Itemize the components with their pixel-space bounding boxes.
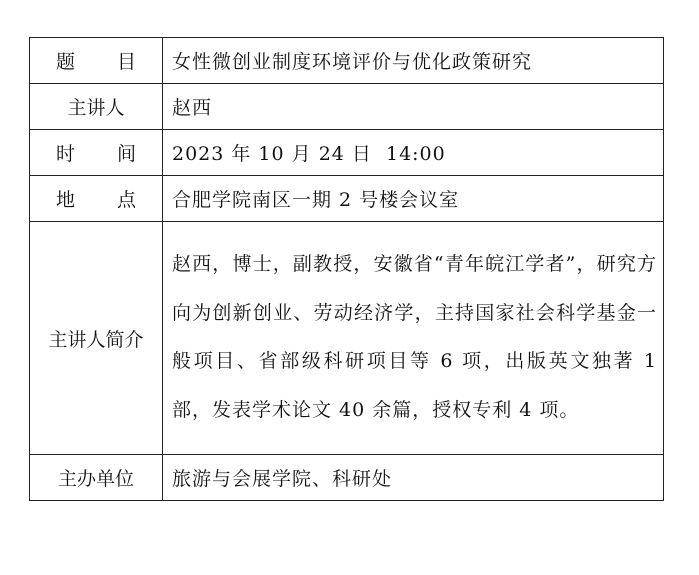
value-speaker: 赵西 <box>163 84 664 130</box>
table-row-speaker: 主讲人 赵西 <box>30 84 664 130</box>
label-location: 地 点 <box>30 176 163 222</box>
value-location: 合肥学院南区一期 2 号楼会议室 <box>163 176 664 222</box>
value-organizer: 旅游与会展学院、科研处 <box>163 455 664 501</box>
table-row-organizer: 主办单位 旅游与会展学院、科研处 <box>30 455 664 501</box>
table-row-speaker-bio: 主讲人简介 赵西，博士，副教授，安徽省“青年皖江学者”，研究方向为创新创业、劳动… <box>30 222 664 455</box>
value-time: 2023 年 10 月 24 日 14:00 <box>163 130 664 176</box>
label-speaker: 主讲人 <box>30 84 163 130</box>
table-row-topic: 题 目 女性微创业制度环境评价与优化政策研究 <box>30 38 664 84</box>
label-organizer: 主办单位 <box>30 455 163 501</box>
label-topic: 题 目 <box>30 38 163 84</box>
table-row-time: 时 间 2023 年 10 月 24 日 14:00 <box>30 130 664 176</box>
value-topic: 女性微创业制度环境评价与优化政策研究 <box>163 38 664 84</box>
label-speaker-bio: 主讲人简介 <box>30 222 163 455</box>
label-time: 时 间 <box>30 130 163 176</box>
lecture-info-table: 题 目 女性微创业制度环境评价与优化政策研究 主讲人 赵西 时 间 2023 年… <box>29 37 664 501</box>
speaker-bio-text: 赵西，博士，副教授，安徽省“青年皖江学者”，研究方向为创新创业、劳动经济学，主持… <box>172 240 663 434</box>
table-row-location: 地 点 合肥学院南区一期 2 号楼会议室 <box>30 176 664 222</box>
value-speaker-bio: 赵西，博士，副教授，安徽省“青年皖江学者”，研究方向为创新创业、劳动经济学，主持… <box>163 222 664 455</box>
